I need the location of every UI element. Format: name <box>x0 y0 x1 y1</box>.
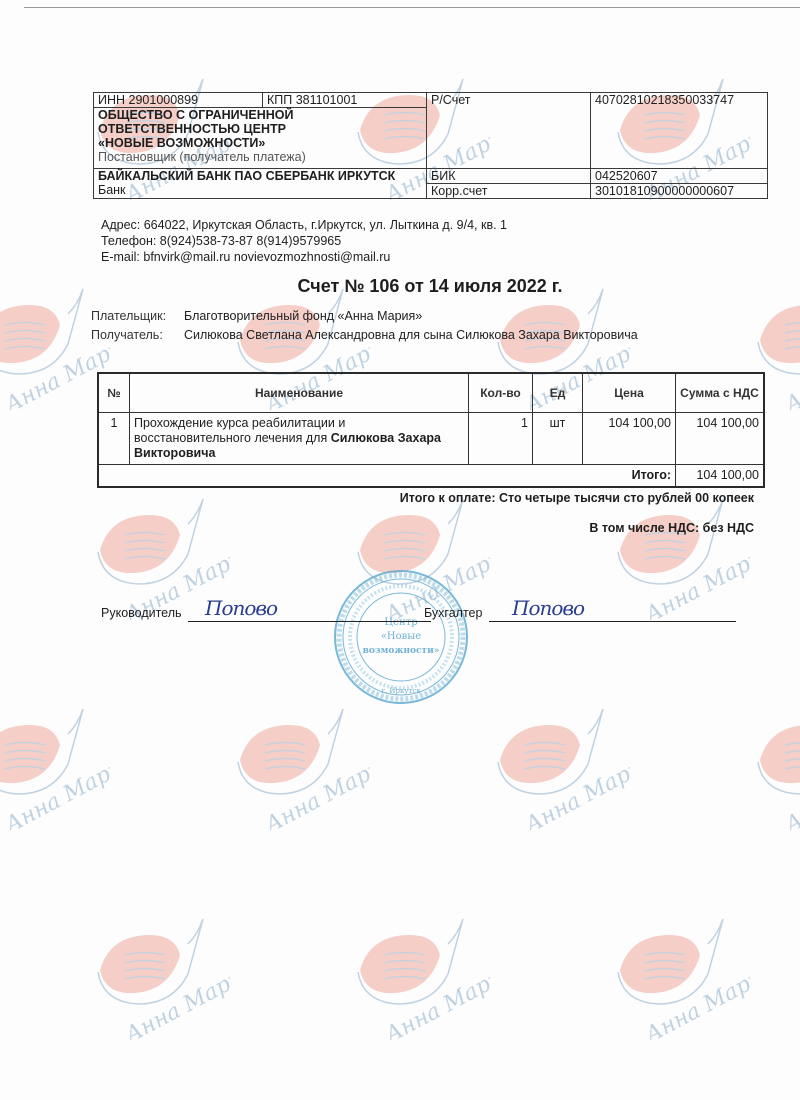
row-price: 104 100,00 <box>583 413 676 465</box>
header-num: № <box>98 373 130 413</box>
recipient-row: Получатель:Силюкова Светлана Александров… <box>91 328 638 342</box>
header-sum: Сумма с НДС <box>676 373 765 413</box>
row-name-plain: Прохождение курса реабилитации и восстан… <box>134 416 345 445</box>
company-stamp: Центр «Новые возможности» г. Иркутск <box>331 567 471 707</box>
corr-label: Корр.счет <box>427 184 591 199</box>
account-label: Р/Счет <box>427 93 591 169</box>
vat-note: В том числе НДС: без НДС <box>589 521 754 535</box>
row-qty: 1 <box>469 413 533 465</box>
row-name: Прохождение курса реабилитации и восстан… <box>130 413 469 465</box>
supplier-role-label: Постановщик (получатель платежа) <box>98 150 422 164</box>
invoice-title: Счет № 106 от 14 июля 2022 г. <box>0 276 800 297</box>
recipient-label: Получатель: <box>91 328 184 342</box>
kpp-cell: КПП 381101001 <box>263 93 427 108</box>
bik-value: 042520607 <box>591 169 768 184</box>
header-qty: Кол-во <box>469 373 533 413</box>
total-value: 104 100,00 <box>676 465 765 488</box>
invoice-document: ИНН 2901000899 КПП 381101001 Р/Счет 4070… <box>0 0 800 1100</box>
bank-name-cell: БАЙКАЛЬСКИЙ БАНК ПАО СБЕРБАНК ИРКУТСК Ба… <box>94 169 427 199</box>
payer-label: Плательщик: <box>91 309 184 323</box>
stamp-line1: Центр <box>384 617 417 628</box>
accountant-signature: Попово <box>512 596 584 620</box>
director-label: Руководитель <box>101 606 182 620</box>
supplier-name-line2: ОТВЕТСТВЕННОСТЬЮ ЦЕНТР <box>98 122 422 136</box>
items-header-row: № Наименование Кол-во Ед Цена Сумма с НД… <box>98 373 764 413</box>
row-num: 1 <box>98 413 130 465</box>
total-row: Итого: 104 100,00 <box>98 465 764 488</box>
total-in-words: Итого к оплате: Сто четыре тысячи сто ру… <box>400 491 754 505</box>
bank-details-table: ИНН 2901000899 КПП 381101001 Р/Счет 4070… <box>93 92 768 199</box>
bank-label: Банк <box>98 183 422 197</box>
director-signature: Попово <box>205 596 277 620</box>
accountant-sign-line <box>489 621 736 622</box>
director-sign-line <box>188 621 431 622</box>
bik-label: БИК <box>427 169 591 184</box>
stamp-city: г. Иркутск <box>381 687 421 695</box>
recipient-value: Силюкова Светлана Александровна для сына… <box>184 328 638 342</box>
header-name: Наименование <box>130 373 469 413</box>
stamp-line2: «Новые <box>381 631 421 642</box>
supplier-name-cell: ОБЩЕСТВО С ОГРАНИЧЕННОЙ ОТВЕТСТВЕННОСТЬЮ… <box>94 108 427 169</box>
header-price: Цена <box>583 373 676 413</box>
email-text: E-mail: bfnvirk@mail.ru novievozmozhnost… <box>101 249 507 265</box>
bank-name: БАЙКАЛЬСКИЙ БАНК ПАО СБЕРБАНК ИРКУТСК <box>98 169 422 183</box>
table-row: 1 Прохождение курса реабилитации и восст… <box>98 413 764 465</box>
header-unit: Ед <box>533 373 583 413</box>
account-value: 40702810218350033747 <box>591 93 768 169</box>
address-text: Адрес: 664022, Иркутская Область, г.Ирку… <box>101 217 507 233</box>
inn-cell: ИНН 2901000899 <box>94 93 263 108</box>
supplier-name-line3: «НОВЫЕ ВОЗМОЖНОСТИ» <box>98 136 422 150</box>
payer-row: Плательщик:Благотворительный фонд «Анна … <box>91 309 422 323</box>
row-sum: 104 100,00 <box>676 413 765 465</box>
total-label: Итого: <box>98 465 676 488</box>
corr-value: 30101810900000000607 <box>591 184 768 199</box>
contact-block: Адрес: 664022, Иркутская Область, г.Ирку… <box>101 217 507 265</box>
supplier-name-line1: ОБЩЕСТВО С ОГРАНИЧЕННОЙ <box>98 108 422 122</box>
payer-value: Благотворительный фонд «Анна Мария» <box>184 309 422 323</box>
phone-text: Телефон: 8(924)538-73-87 8(914)9579965 <box>101 233 507 249</box>
row-unit: шт <box>533 413 583 465</box>
accountant-label: Бухгалтер <box>424 606 482 620</box>
items-table: № Наименование Кол-во Ед Цена Сумма с НД… <box>97 372 765 488</box>
stamp-line3: возможности» <box>363 646 440 656</box>
